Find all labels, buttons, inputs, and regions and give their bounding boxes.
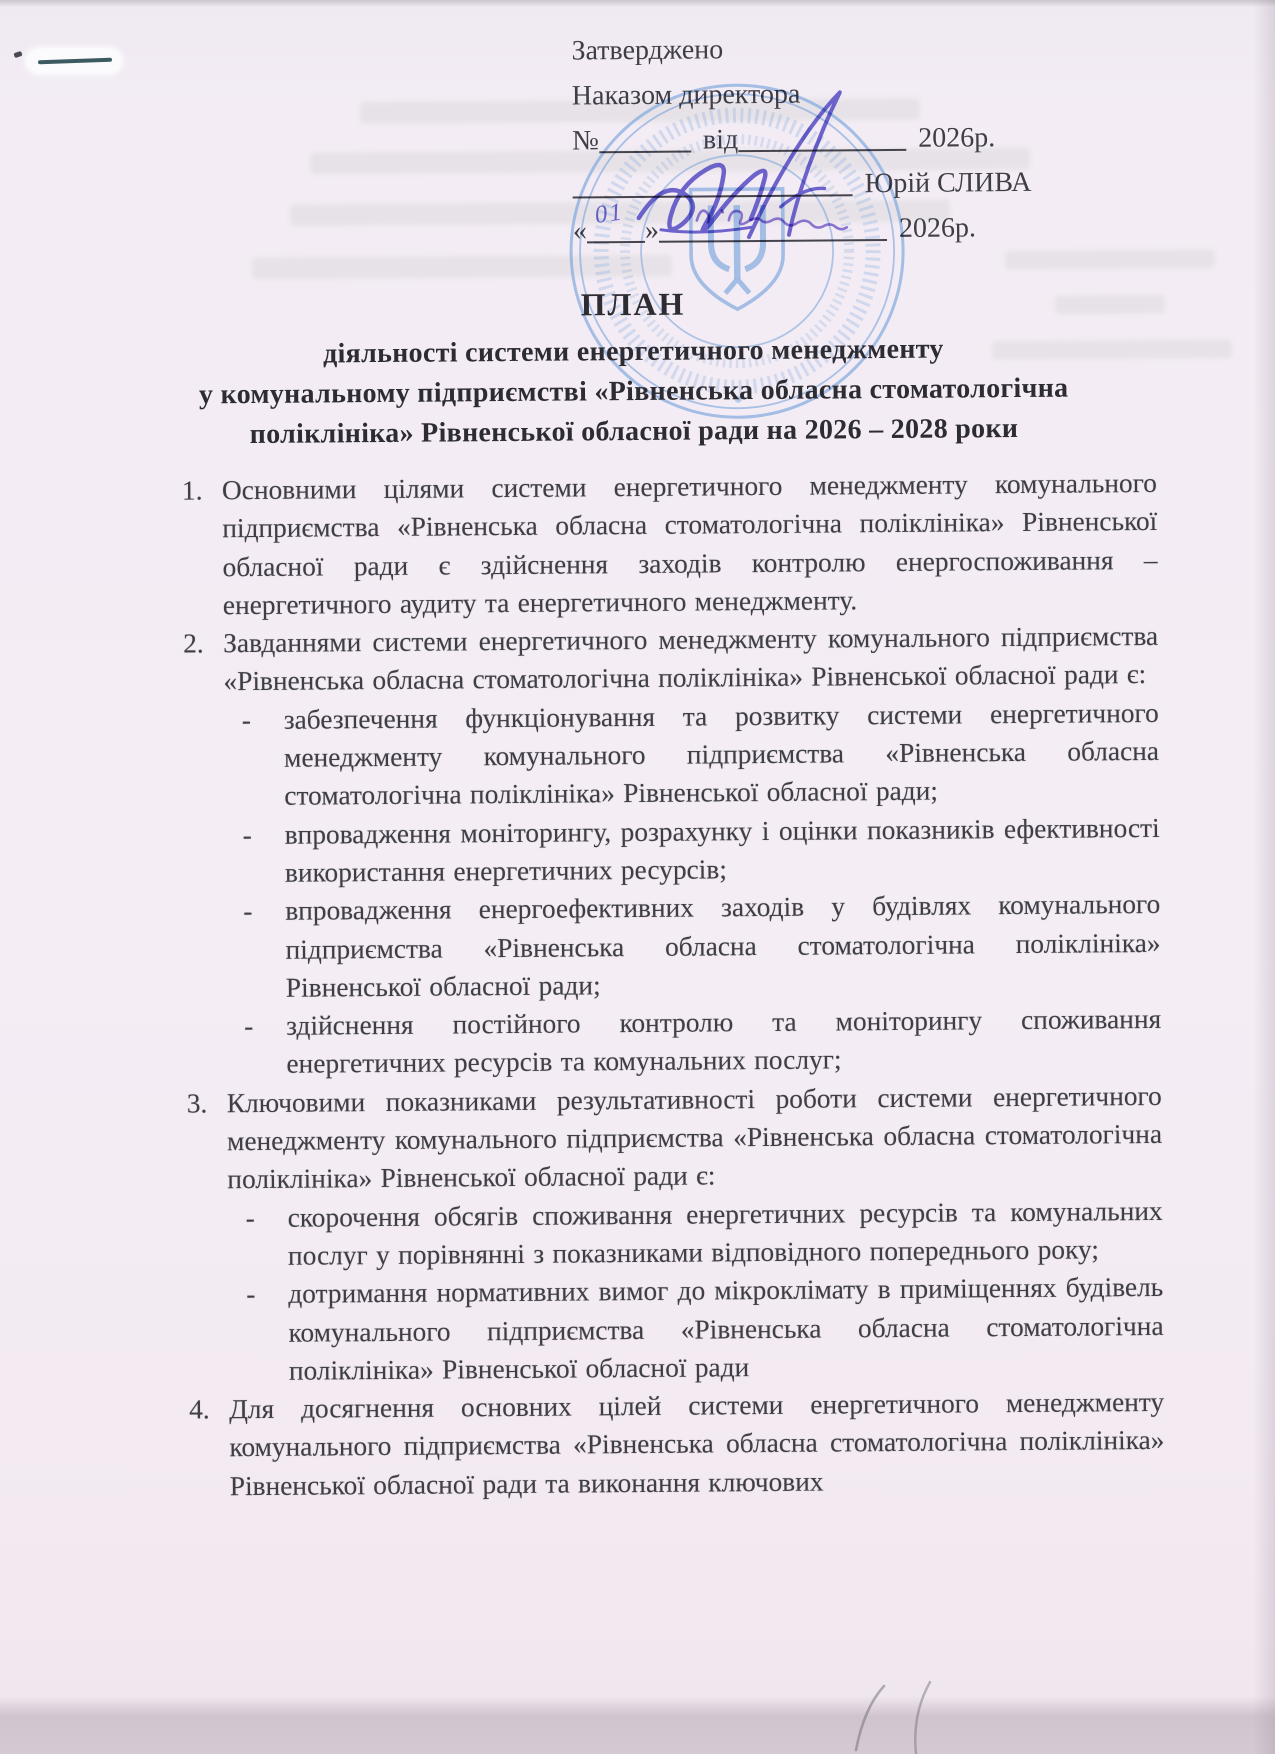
bullet-text: впровадження енергоефективних заходів у … [285, 889, 1161, 1002]
bullet-text: дотримання нормативних вимог до мікроклі… [288, 1272, 1164, 1385]
bullet-text: здійснення постійного контролю та моніто… [286, 1004, 1161, 1079]
bullet-text: скорочення обсягів споживання енергетичн… [288, 1196, 1163, 1271]
item-number: 1. [182, 471, 203, 509]
sub-bullet: - впровадження моніторингу, розрахунку і… [185, 809, 1161, 893]
bullet-dash: - [243, 816, 252, 854]
sub-bullet: - дотримання нормативних вимог до мікрок… [188, 1268, 1164, 1391]
sub-bullet: - скорочення обсягів споживання енергети… [188, 1192, 1164, 1276]
list-item-4: 4. Для досягнення основних цілей системи… [189, 1383, 1165, 1506]
document-body: 1. Основними цілями системи енергетичног… [182, 464, 1165, 1506]
item-text: Для досягнення основних цілей системи ен… [229, 1387, 1165, 1501]
item-text: Завданнями системи енергетичного менеджм… [223, 621, 1158, 697]
item-text: Основними цілями системи енергетичного м… [222, 468, 1158, 620]
list-item-1: 1. Основними цілями системи енергетичног… [182, 464, 1158, 625]
sub-bullet: - забезпечення функціонування та розвитк… [184, 694, 1160, 817]
approved-label: Затверджено [571, 24, 1131, 73]
list-item-2: 2. Завданнями системи енергетичного мене… [183, 617, 1159, 701]
bullet-dash: - [243, 892, 252, 930]
stray-pen-marks [820, 1666, 1040, 1754]
item-number: 3. [187, 1084, 208, 1122]
item-number: 4. [189, 1391, 210, 1429]
list-item-3: 3. Ключовими показниками результативност… [187, 1077, 1163, 1200]
bullet-text: забезпечення функціонування та розвитку … [284, 698, 1160, 811]
bullet-dash: - [244, 1007, 253, 1045]
item-number: 2. [183, 625, 204, 663]
document-title: ПЛАН діяльності системи енергетичного ме… [0, 281, 1272, 457]
scanned-document-page: Затверджено Наказом директора №від2026р.… [0, 0, 1275, 1754]
sub-bullet: - здійснення постійного контролю та моні… [186, 1000, 1162, 1084]
item-text: Ключовими показниками результативності р… [227, 1081, 1163, 1195]
bullet-dash: - [242, 701, 251, 739]
bullet-text: впровадження моніторингу, розрахунку і о… [285, 813, 1160, 888]
bullet-dash: - [246, 1275, 255, 1313]
sub-bullet: - впровадження енергоефективних заходів … [185, 885, 1161, 1008]
bullet-dash: - [246, 1199, 255, 1237]
year-top: 2026р. [918, 122, 995, 154]
title-plan: ПЛАН [0, 281, 1271, 328]
title-line: поліклініка» Рівненської обласної ради н… [0, 407, 1272, 457]
